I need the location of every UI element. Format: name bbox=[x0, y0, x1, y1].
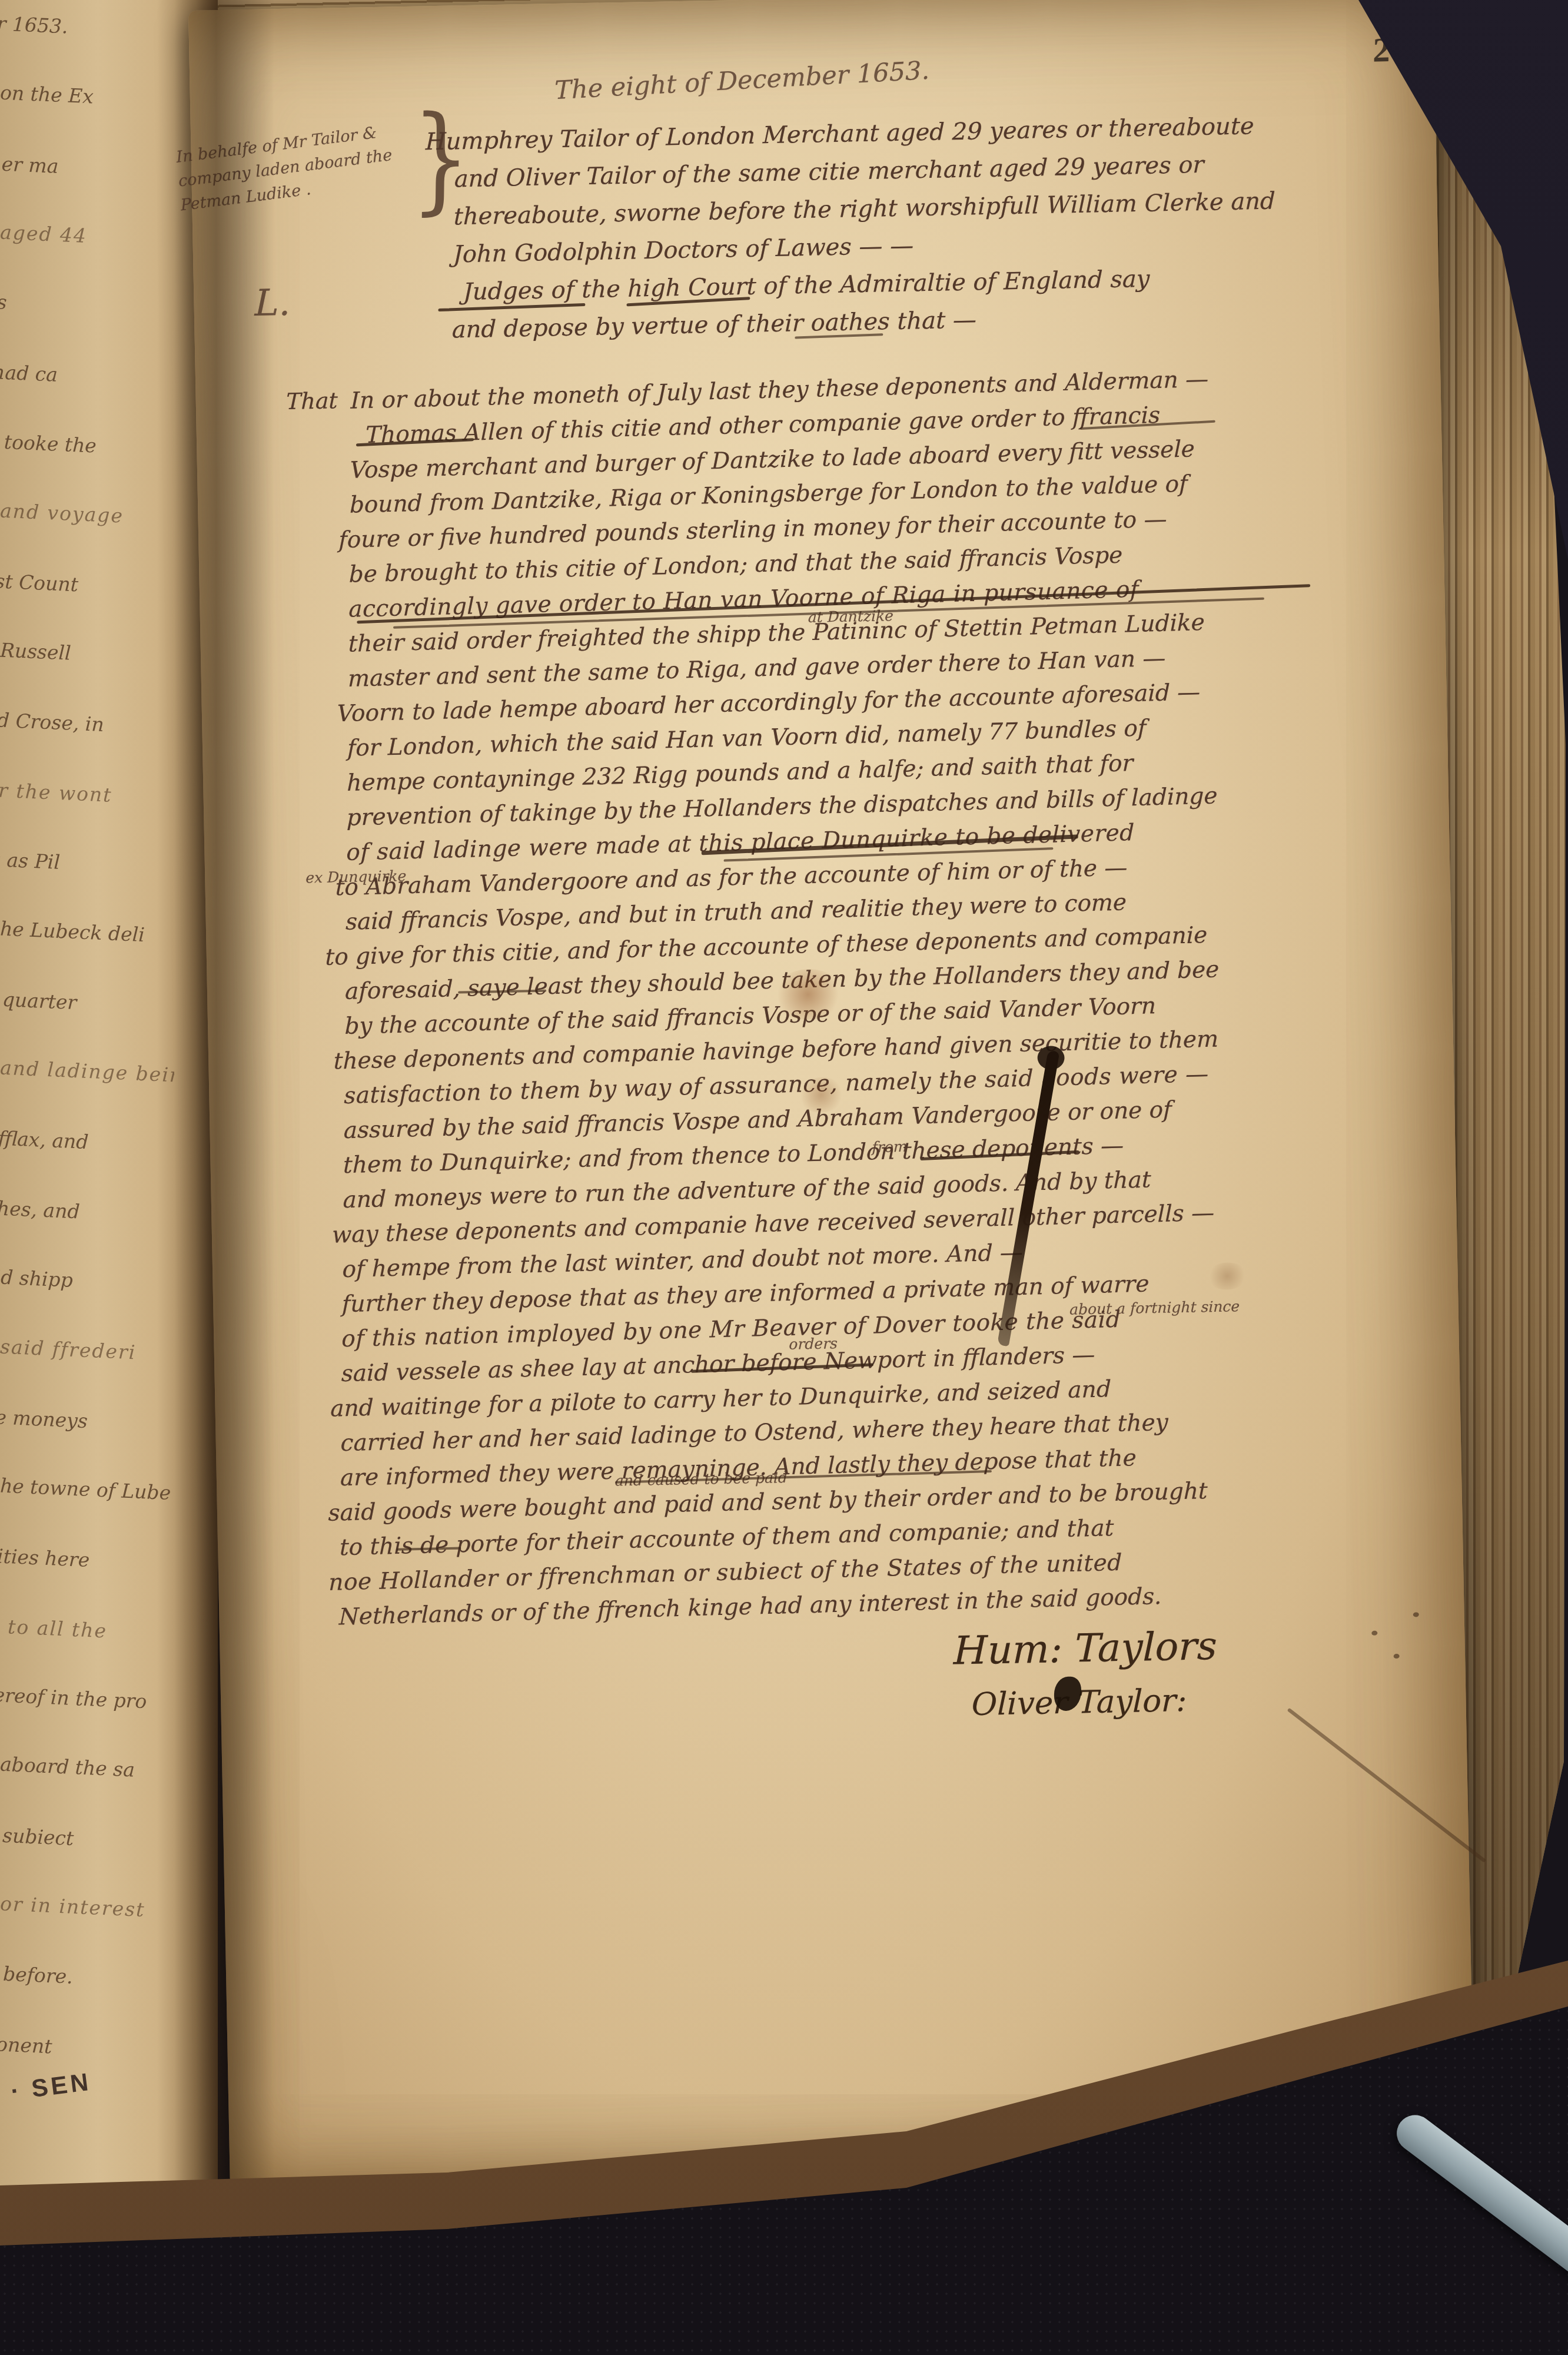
left-page-fragment: ber 1653. bbox=[0, 15, 174, 42]
interlinear-insertion: orders bbox=[789, 1335, 838, 1353]
left-page-fragment: mariner ma bbox=[0, 150, 174, 183]
left-page-text-fragments: ber 1653. on the Ex mariner ma aged 44 i… bbox=[0, 15, 174, 2058]
left-page-fragment: aboard the sa bbox=[0, 1753, 174, 1783]
date-heading: The eight of December 1653. bbox=[554, 56, 930, 105]
left-page-fragment: other subiect bbox=[0, 1821, 174, 1854]
left-page-fragment: he Lubeck deli bbox=[0, 917, 174, 947]
interlinear-insertion: about a fortnight since bbox=[1069, 1298, 1240, 1318]
body-catchword: That bbox=[286, 387, 338, 414]
left-page-fragment: and Crose, in bbox=[0, 708, 174, 739]
left-page-fragment: s deponent bbox=[0, 2030, 174, 2058]
left-page-fragment: said ffrederi bbox=[0, 1335, 174, 1365]
left-page-fragment: of fflax, and bbox=[0, 1125, 174, 1157]
left-page-fragment: and voyage bbox=[0, 499, 174, 530]
left-page-fragment: or in interest bbox=[0, 1892, 174, 1923]
left-page-fragment: Russell bbox=[0, 638, 174, 669]
left-page-fragment: eis as Pil bbox=[0, 847, 174, 878]
signature-flourish bbox=[1287, 1708, 1486, 1863]
left-page-fragment: aged 44 bbox=[0, 220, 174, 251]
left-page-fragment: said shipp bbox=[0, 1265, 174, 1296]
left-page-fragment: iels bbox=[0, 290, 174, 321]
ink-speck bbox=[1394, 1654, 1400, 1659]
left-page-fragment: he towne of Lube bbox=[0, 1474, 174, 1505]
left-page-fragment: ed for the wont bbox=[0, 777, 174, 810]
interlinear-insertion: ex Dunquirke bbox=[305, 867, 407, 886]
left-page-fragment: nd tooke the bbox=[0, 429, 174, 460]
gutter-shadow bbox=[174, 0, 274, 2284]
left-page-fragment: on the Ex bbox=[0, 81, 174, 112]
signature-humphrey-taylor: Hum: Taylors bbox=[954, 1623, 1218, 1674]
left-page-fragment: to East Count bbox=[0, 568, 174, 601]
left-page-fragment: erein to all the bbox=[0, 1612, 174, 1645]
left-page-fragment: and ladinge bein bbox=[0, 1056, 174, 1087]
left-page-fragment: odities here bbox=[0, 1543, 174, 1575]
left-page-fragment: ed before. bbox=[0, 1961, 174, 1993]
right-page-content: 240 The eight of December 1653. In behal… bbox=[192, 0, 1471, 2190]
ink-speck bbox=[1413, 1612, 1419, 1617]
deponents-intro: Humphrey Tailor of London Merchant aged … bbox=[451, 108, 1491, 354]
interlinear-insertion: from bbox=[872, 1138, 907, 1156]
left-page-fragment: they had ca bbox=[0, 359, 174, 392]
right-page: 240 The eight of December 1653. In behal… bbox=[188, 0, 1475, 2188]
deposition-body: In or about the moneth of July last they… bbox=[339, 359, 1481, 1638]
manuscript-photo: ber 1653. on the Ex mariner ma aged 44 i… bbox=[0, 0, 1568, 2355]
left-page-fragment: nd the moneys bbox=[0, 1403, 174, 1436]
left-page-fragment: potashes, and bbox=[0, 1195, 174, 1228]
ink-speck bbox=[1371, 1631, 1377, 1636]
left-page-fragment: thereof in the pro bbox=[0, 1683, 174, 1714]
left-page-fragment: three quarter bbox=[0, 986, 174, 1019]
